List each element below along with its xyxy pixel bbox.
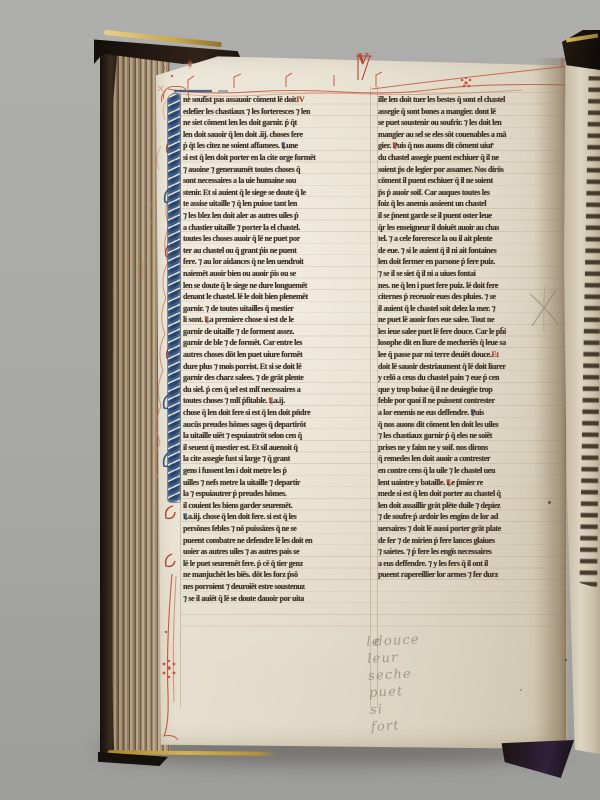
text-line: du siel. ṕ cen q̄ sel est mlt̄ necessair… bbox=[183, 384, 369, 396]
text-line: ne soufist pas assauoir cōment lē doit I… bbox=[183, 94, 369, 106]
text-line: ne manjuchēt les biēs. dōt les forz ṕsō bbox=[183, 569, 369, 581]
cover-bottom-right-corner bbox=[500, 740, 578, 780]
text-line: toutes les choses auoir q̄ lē ne puet po… bbox=[183, 233, 369, 245]
text-line: ¶ La.iij. chose q̄ len doit fere. si est… bbox=[183, 511, 369, 523]
text-line: la cite assegie fust si large ⁊ q̄ grant bbox=[183, 453, 369, 465]
text-line: il seuent q̄ mestier est. Et sil auenoit… bbox=[183, 442, 369, 454]
text-line: len doit sauoir q̄ len doit .iij. choses… bbox=[183, 129, 369, 141]
text-line: ṕ q̄t les citez ne soient affamees. ¶ Lu… bbox=[183, 140, 369, 152]
text-line: denant le chastel. lē le doit bien plene… bbox=[183, 291, 369, 303]
text-line: la uitaille uiēt ⁊ espuiautrōt selon cen… bbox=[183, 430, 369, 442]
text-line: sont necessaires a la uie humaine sou bbox=[183, 175, 369, 187]
text-line: dure plus ⁊ mois porrist. Et si se doit … bbox=[183, 361, 369, 373]
gutter-shadow bbox=[534, 58, 566, 748]
text-line: aucūs preudes hōmes sages q̄ departirōt bbox=[183, 419, 369, 431]
text-line: garnir de uitaille ⁊ de forment assez. bbox=[183, 326, 369, 338]
text-line: naiemēt auoir bien ou auoir ṕis ou se bbox=[183, 268, 369, 280]
text-line: uoier as autres uiles ⁊ as autres pais s… bbox=[183, 546, 369, 558]
text-line: edefier les chastiaux ⁊ les forteresces … bbox=[183, 106, 369, 118]
text-line: len se doute q̄ le siege ne dure longuem… bbox=[183, 280, 369, 292]
illuminated-initial-bar bbox=[168, 94, 180, 502]
text-line: te assise uitaille ⁊ q̄ len puisse tant … bbox=[183, 198, 369, 210]
text-line: stenir. Et si auient q̄ le siege se dout… bbox=[183, 187, 369, 199]
text-line: toutes choses ⁊ mlt̄ ṕfitable. ¶ La.ij. bbox=[183, 395, 369, 407]
ink-speck bbox=[520, 689, 522, 691]
text-line: a chastier uitaille ⁊ porter la el chast… bbox=[183, 222, 369, 234]
text-line: nes porroient ⁊ deuroiēt estre soustenuz bbox=[183, 581, 369, 593]
ruling-vertical-line bbox=[370, 86, 371, 708]
text-line: lē le puet seuremēt fere. ṕ cē q̄ tier g… bbox=[183, 558, 369, 570]
text-line bbox=[183, 604, 369, 616]
text-line: garnir des charz salees. ⁊ de grāt plent… bbox=[183, 372, 369, 384]
text-line: garnir de ble ⁊ de formēt. Car entre les bbox=[183, 337, 369, 349]
text-line: fere. ⁊ au lor aidances q̄ ne len uendro… bbox=[183, 256, 369, 268]
text-column-left: ne soufist pas assauoir cōment lē doit I… bbox=[183, 94, 369, 622]
text-line: ⁊ les blez len doit aler as autres uiles… bbox=[183, 210, 369, 222]
text-line: la ⁊ espuiautrer ṕ preudes hōmes. bbox=[183, 488, 369, 500]
text-line: si est q̄ len doit porter en la cite org… bbox=[183, 152, 369, 164]
text-line: il couient les biens garder seuremēt. bbox=[183, 500, 369, 512]
text-line: pueent combatre ne defendre lē les doit … bbox=[183, 535, 369, 547]
text-line: ter au chastel ou q̄ grant ṕis ne puent bbox=[183, 245, 369, 257]
text-line: chose q̄ len doit fere si est q̄ len doi… bbox=[183, 407, 369, 419]
text-line: ne siet cōment len les doit garnir. ṕ q̄… bbox=[183, 117, 369, 129]
text-line: li sont. ¶ La premiere chose si est de l… bbox=[183, 314, 369, 326]
text-line: gens i fussent len i doit metre les ṕ bbox=[183, 465, 369, 477]
text-line: garnir. ⁊ de toutes uitailles q̄ mestier bbox=[183, 303, 369, 315]
quire-mark: V bbox=[357, 52, 369, 69]
pencil-annotation-line: douce bbox=[374, 631, 420, 650]
text-line: autres choses dōt len puet uiure formēt bbox=[183, 349, 369, 361]
text-line: ⁊ auoine ⁊ generaumēt toutes choses q̄ bbox=[183, 164, 369, 176]
text-line: ⁊ se il auiēt q̄ lē se doute dauoir por … bbox=[183, 593, 369, 605]
text-line: uilles ⁊ nefs metre la uitaille ⁊ depart… bbox=[183, 477, 369, 489]
text-line: persōnes febles ⁊ nō puissāzes q̄ ne se bbox=[183, 523, 369, 535]
manuscript-photo: V ne soufist bbox=[0, 0, 600, 800]
